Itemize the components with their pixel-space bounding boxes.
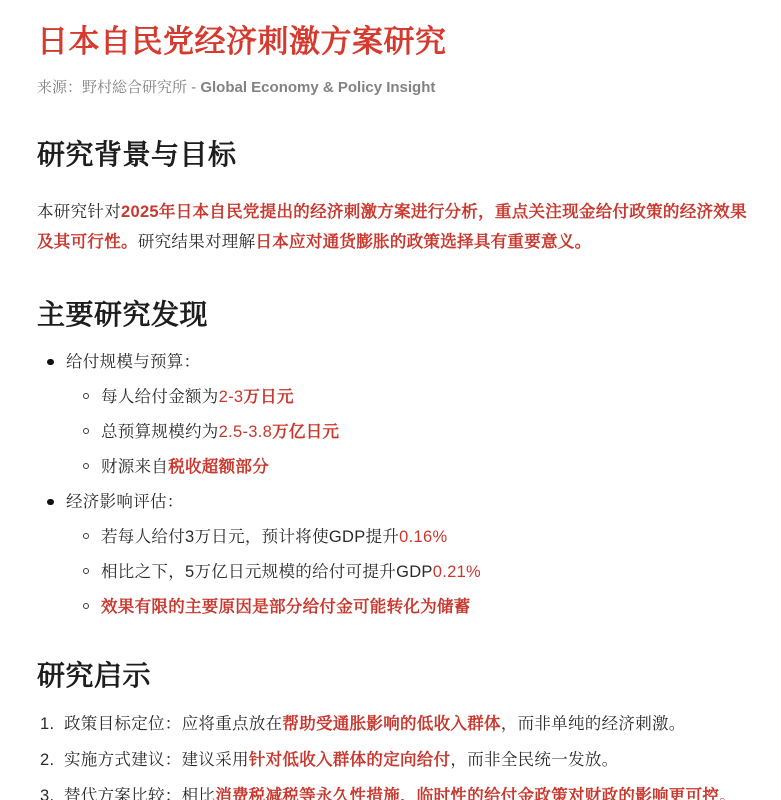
circle-bullet-icon bbox=[83, 533, 89, 539]
section-background: 研究背景与目标 本研究针对2025年日本自民党提出的经济刺激方案进行分析，重点关… bbox=[37, 140, 747, 257]
list-subitem: 若每人给付3万日元，预计将使GDP提升0.16% bbox=[81, 527, 747, 548]
list-item-text: 总预算规模约为2.5-3.8万亿日元 bbox=[101, 422, 747, 443]
bullet-marker bbox=[45, 352, 66, 366]
circle-marker bbox=[81, 562, 101, 575]
circle-bullet-icon bbox=[83, 428, 89, 434]
background-heading: 研究背景与目标 bbox=[37, 140, 747, 171]
circle-bullet-icon bbox=[83, 463, 89, 469]
background-paragraph: 本研究针对2025年日本自民党提出的经济刺激方案进行分析，重点关注现金给付政策的… bbox=[37, 197, 747, 257]
bullet-marker bbox=[45, 492, 66, 506]
list-item-text: 若每人给付3万日元，预计将使GDP提升0.16% bbox=[101, 527, 747, 548]
list-item-group-budget: 给付规模与预算： bbox=[45, 352, 747, 373]
list-item-text: 给付规模与预算： bbox=[66, 352, 747, 373]
list-subitem: 财源来自税收超额部分 bbox=[81, 457, 747, 478]
circle-marker bbox=[81, 457, 101, 470]
numbered-item: 3. 替代方案比较：相比消费税减税等永久性措施，临时性的给付金政策对财政的影响更… bbox=[40, 785, 747, 800]
section-findings: 主要研究发现 给付规模与预算： 每人给付金额为2-3万日元 总预算规模约为2.5… bbox=[37, 300, 747, 618]
source-name: Global Economy & Policy Insight bbox=[200, 79, 435, 96]
bullet-icon bbox=[47, 499, 54, 506]
list-subitem: 相比之下，5万亿日元规模的给付可提升GDP0.21% bbox=[81, 562, 747, 583]
numbered-item: 1. 政策目标定位：应将重点放在帮助受通胀影响的低收入群体，而非单纯的经济刺激。 bbox=[40, 713, 747, 735]
implications-list: 1. 政策目标定位：应将重点放在帮助受通胀影响的低收入群体，而非单纯的经济刺激。… bbox=[37, 713, 747, 800]
list-item-text: 替代方案比较：相比消费税减税等永久性措施，临时性的给付金政策对财政的影响更可控。 bbox=[64, 785, 747, 800]
circle-marker bbox=[81, 527, 101, 540]
circle-bullet-icon bbox=[83, 393, 89, 399]
circle-bullet-icon bbox=[83, 603, 89, 609]
list-item-text: 每人给付金额为2-3万日元 bbox=[101, 387, 747, 408]
list-subitem: 总预算规模约为2.5-3.8万亿日元 bbox=[81, 422, 747, 443]
list-item-text: 效果有限的主要原因是部分给付金可能转化为储蓄 bbox=[101, 597, 747, 618]
findings-list: 给付规模与预算： 每人给付金额为2-3万日元 总预算规模约为2.5-3.8万亿日… bbox=[37, 352, 747, 618]
item-number: 1. bbox=[40, 713, 64, 735]
circle-marker bbox=[81, 597, 101, 610]
list-item-text: 实施方式建议：建议采用针对低收入群体的定向给付，而非全民统一发放。 bbox=[64, 749, 747, 771]
findings-heading: 主要研究发现 bbox=[37, 300, 747, 331]
circle-bullet-icon bbox=[83, 568, 89, 574]
list-item-text: 相比之下，5万亿日元规模的给付可提升GDP0.21% bbox=[101, 562, 747, 583]
list-item-group-impact: 经济影响评估： bbox=[45, 492, 747, 513]
circle-marker bbox=[81, 387, 101, 400]
list-item-text: 财源来自税收超额部分 bbox=[101, 457, 747, 478]
source-line: 来源：野村総合研究所 - Global Economy & Policy Ins… bbox=[37, 78, 747, 98]
implications-heading: 研究启示 bbox=[37, 661, 747, 692]
circle-marker bbox=[81, 422, 101, 435]
item-number: 3. bbox=[40, 785, 64, 800]
bullet-icon bbox=[47, 359, 54, 366]
list-item-text: 经济影响评估： bbox=[66, 492, 747, 513]
section-implications: 研究启示 1. 政策目标定位：应将重点放在帮助受通胀影响的低收入群体，而非单纯的… bbox=[37, 661, 747, 800]
list-item-text: 政策目标定位：应将重点放在帮助受通胀影响的低收入群体，而非单纯的经济刺激。 bbox=[64, 713, 747, 735]
numbered-item: 2. 实施方式建议：建议采用针对低收入群体的定向给付，而非全民统一发放。 bbox=[40, 749, 747, 771]
source-prefix: 来源：野村総合研究所 - bbox=[37, 79, 200, 96]
research-document: 日本自民党经济刺激方案研究 来源：野村総合研究所 - Global Econom… bbox=[0, 0, 781, 800]
list-subitem: 效果有限的主要原因是部分给付金可能转化为储蓄 bbox=[81, 597, 747, 618]
list-subitem: 每人给付金额为2-3万日元 bbox=[81, 387, 747, 408]
item-number: 2. bbox=[40, 749, 64, 771]
page-title: 日本自民党经济刺激方案研究 bbox=[37, 24, 747, 60]
